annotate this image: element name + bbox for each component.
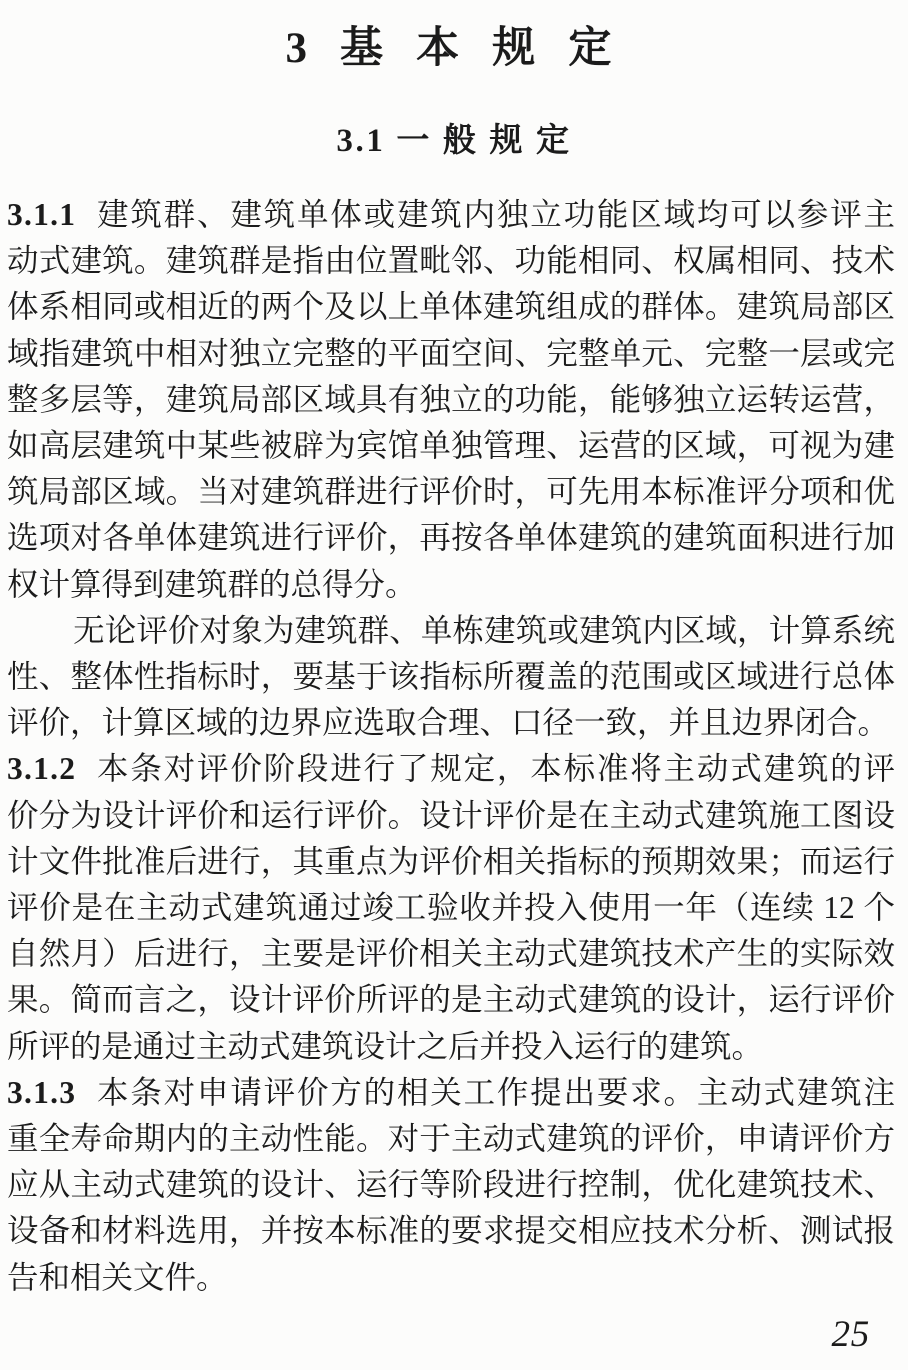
body-line: 无论评价对象为建筑群、单栋建筑或建筑内区域，计算系统 bbox=[7, 608, 895, 654]
body-line: 自然月）后进行，主要是评价相关主动式建筑技术产生的实际效 bbox=[7, 931, 895, 977]
body-line: 3.1.1建筑群、建筑单体或建筑内独立功能区域均可以参评主 bbox=[7, 192, 895, 238]
body-line: 权计算得到建筑群的总得分。 bbox=[7, 562, 895, 608]
page-number: 25 bbox=[832, 1313, 870, 1356]
body-line-text: 性、整体性指标时，要基于该指标所覆盖的范围或区域进行总体 bbox=[7, 659, 895, 694]
clause-number: 3.1.2 bbox=[7, 751, 76, 786]
body-line: 价分为设计评价和运行评价。设计评价是在主动式建筑施工图设 bbox=[7, 793, 895, 839]
clause-number: 3.1.1 bbox=[7, 197, 76, 232]
body-line-text: 如高层建筑中某些被辟为宾馆单独管理、运营的区域，可视为建 bbox=[7, 428, 895, 463]
body-line-text: 评价，计算区域的边界应选取合理、口径一致，并且边界闭合。 bbox=[7, 705, 889, 740]
body-line-text: 本条对申请评价方的相关工作提出要求。主动式建筑注 bbox=[95, 1075, 895, 1110]
body-line-text: 果。简而言之，设计评价所评的是主动式建筑的设计，运行评价 bbox=[7, 982, 895, 1017]
body-line: 选项对各单体建筑进行评价，再按各单体建筑的建筑面积进行加 bbox=[7, 515, 895, 561]
body-line: 3.1.2本条对评价阶段进行了规定，本标准将主动式建筑的评 bbox=[7, 746, 895, 792]
body-line-text: 域指建筑中相对独立完整的平面空间、完整单元、完整一层或完 bbox=[7, 336, 895, 371]
body-line-text: 权计算得到建筑群的总得分。 bbox=[7, 567, 417, 602]
body-line-text: 自然月）后进行，主要是评价相关主动式建筑技术产生的实际效 bbox=[7, 936, 895, 971]
body-line: 性、整体性指标时，要基于该指标所覆盖的范围或区域进行总体 bbox=[7, 654, 895, 700]
body-line: 域指建筑中相对独立完整的平面空间、完整单元、完整一层或完 bbox=[7, 331, 895, 377]
body-line: 动式建筑。建筑群是指由位置毗邻、功能相同、权属相同、技术 bbox=[7, 238, 895, 284]
body-line: 体系相同或相近的两个及以上单体建筑组成的群体。建筑局部区 bbox=[7, 284, 895, 330]
body-text: 3.1.1建筑群、建筑单体或建筑内独立功能区域均可以参评主动式建筑。建筑群是指由… bbox=[7, 192, 895, 1301]
clause-number: 3.1.3 bbox=[7, 1075, 76, 1110]
body-line: 重全寿命期内的主动性能。对于主动式建筑的评价，申请评价方 bbox=[7, 1116, 895, 1162]
chapter-title: 3 基 本 规 定 bbox=[0, 14, 908, 75]
body-line: 评价是在主动式建筑通过竣工验收并投入使用一年（连续 12 个 bbox=[7, 885, 895, 931]
body-line: 设备和材料选用，并按本标准的要求提交相应技术分析、测试报 bbox=[7, 1208, 895, 1254]
body-line-text: 告和相关文件。 bbox=[7, 1260, 228, 1295]
body-line-text: 体系相同或相近的两个及以上单体建筑组成的群体。建筑局部区 bbox=[7, 289, 895, 324]
body-line: 告和相关文件。 bbox=[7, 1255, 895, 1301]
body-line: 评价，计算区域的边界应选取合理、口径一致，并且边界闭合。 bbox=[7, 700, 895, 746]
body-line: 如高层建筑中某些被辟为宾馆单独管理、运营的区域，可视为建 bbox=[7, 423, 895, 469]
body-line-text: 整多层等，建筑局部区域具有独立的功能，能够独立运转运营， bbox=[7, 382, 895, 417]
body-line-text: 建筑群、建筑单体或建筑内独立功能区域均可以参评主 bbox=[95, 197, 895, 232]
body-line: 筑局部区域。当对建筑群进行评价时，可先用本标准评分项和优 bbox=[7, 469, 895, 515]
body-line-text: 评价是在主动式建筑通过竣工验收并投入使用一年（连续 12 个 bbox=[7, 890, 895, 925]
section-title: 3.1 一 般 规 定 bbox=[0, 114, 908, 161]
body-line-text: 价分为设计评价和运行评价。设计评价是在主动式建筑施工图设 bbox=[7, 798, 895, 833]
body-line: 应从主动式建筑的设计、运行等阶段进行控制，优化建筑技术、 bbox=[7, 1162, 895, 1208]
body-line-text: 重全寿命期内的主动性能。对于主动式建筑的评价，申请评价方 bbox=[7, 1121, 895, 1156]
body-line: 果。简而言之，设计评价所评的是主动式建筑的设计，运行评价 bbox=[7, 977, 895, 1023]
body-line-text: 动式建筑。建筑群是指由位置毗邻、功能相同、权属相同、技术 bbox=[7, 243, 895, 278]
body-line: 整多层等，建筑局部区域具有独立的功能，能够独立运转运营， bbox=[7, 377, 895, 423]
body-line-text: 所评的是通过主动式建筑设计之后并投入运行的建筑。 bbox=[7, 1029, 763, 1064]
body-line: 3.1.3本条对申请评价方的相关工作提出要求。主动式建筑注 bbox=[7, 1070, 895, 1116]
body-line: 所评的是通过主动式建筑设计之后并投入运行的建筑。 bbox=[7, 1024, 895, 1070]
body-line-text: 计文件批准后进行，其重点为评价相关指标的预期效果；而运行 bbox=[7, 844, 895, 879]
body-line-text: 选项对各单体建筑进行评价，再按各单体建筑的建筑面积进行加 bbox=[7, 520, 895, 555]
body-line-text: 设备和材料选用，并按本标准的要求提交相应技术分析、测试报 bbox=[7, 1213, 895, 1248]
body-line-text: 无论评价对象为建筑群、单栋建筑或建筑内区域，计算系统 bbox=[73, 613, 895, 648]
document-page: 3 基 本 规 定 3.1 一 般 规 定 3.1.1建筑群、建筑单体或建筑内独… bbox=[0, 0, 908, 1370]
body-line-text: 应从主动式建筑的设计、运行等阶段进行控制，优化建筑技术、 bbox=[7, 1167, 895, 1202]
body-line-text: 筑局部区域。当对建筑群进行评价时，可先用本标准评分项和优 bbox=[7, 474, 895, 509]
body-line: 计文件批准后进行，其重点为评价相关指标的预期效果；而运行 bbox=[7, 839, 895, 885]
body-line-text: 本条对评价阶段进行了规定，本标准将主动式建筑的评 bbox=[95, 751, 895, 786]
